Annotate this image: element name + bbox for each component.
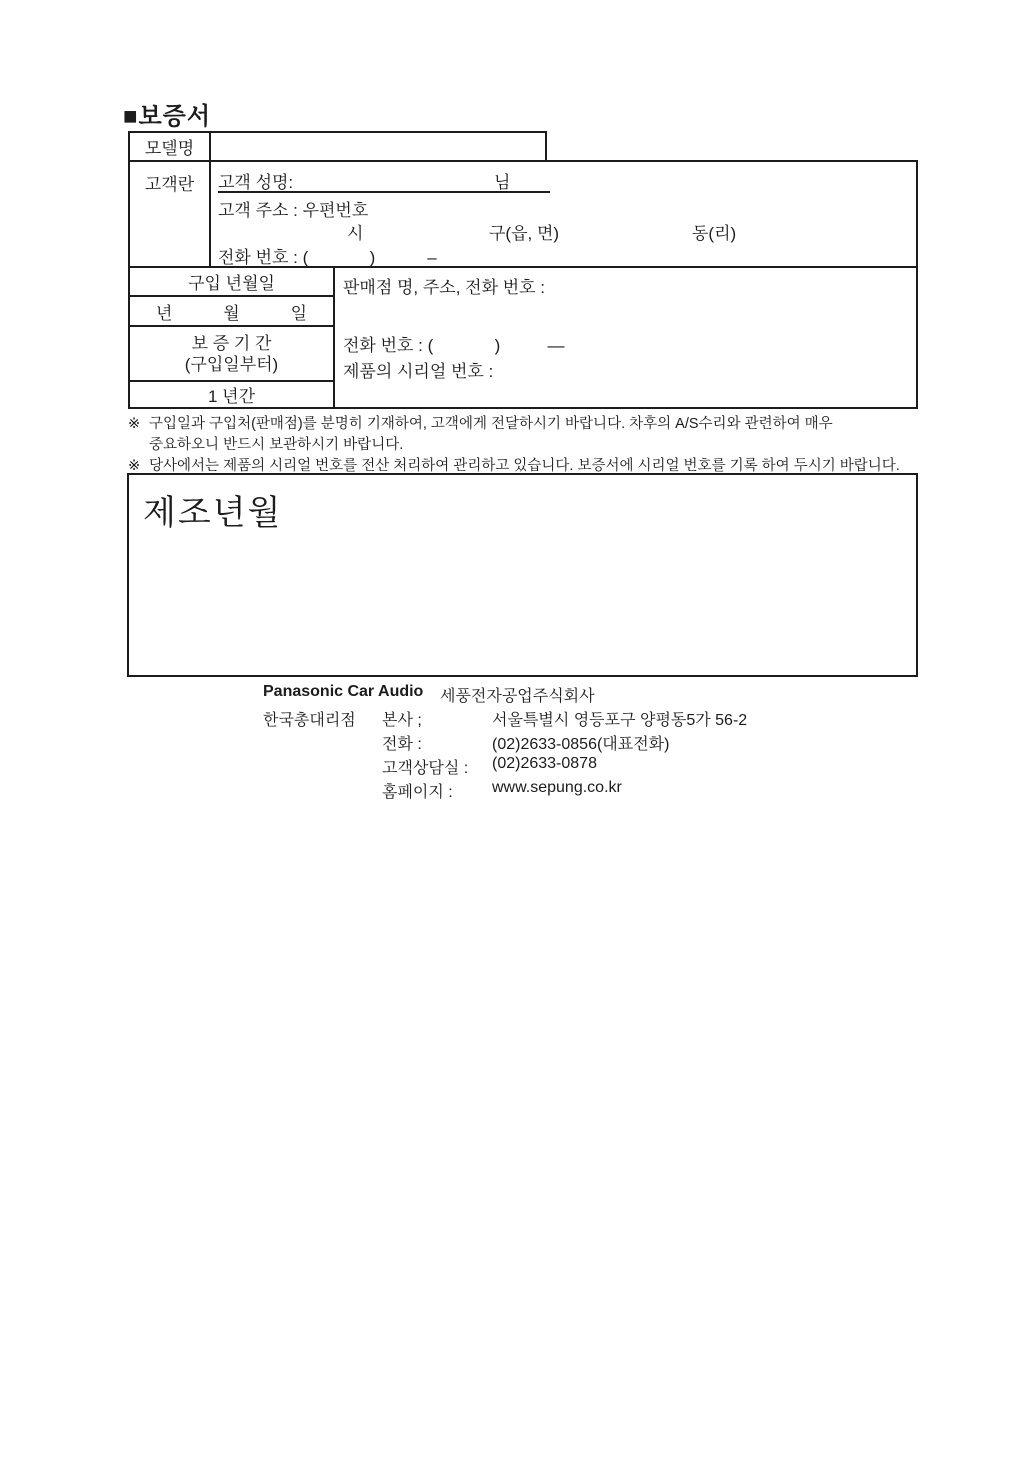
footer-row-label: 홈페이지 : [382,779,453,802]
customer-name-label: 고객 성명: [218,173,293,192]
dealer-phone-line: 전화 번호 : ( ) — [343,331,565,356]
footer-website-value: www.sepung.co.kr [492,779,622,797]
unit-month: 월 [223,299,239,324]
model-name-label: 모델명 [130,133,211,160]
purchase-date-header: 구입 년월일 [130,268,333,297]
model-name-row: 모델명 [128,131,547,162]
note-text-line2: 중요하오니 반드시 보관하시기 바랍니다. [128,435,928,456]
note-text-line1: 구입일과 구입처(판매점)를 분명히 기재하여, 고객에게 전달하시기 바랍니다… [128,414,928,435]
footer-row-label: 본사 ; [382,707,422,730]
manufacture-date-box: 제조년월 [127,473,918,677]
company-name: 세풍전자공업주식회사 [440,683,595,706]
dealer-info-cell: 판매점 명, 주소, 전화 번호 : 전화 번호 : ( ) — 제품의 시리얼… [337,268,916,407]
customer-row: 고객란 고객 성명: 님 고객 주소 : 우편번호 시 구(읍, 면) 동(리)… [128,160,918,268]
warranty-period-sublabel: (구입일부터) [185,354,278,375]
customer-section-label: 고객란 [130,162,211,266]
footer-row-value: (02)2633-0856(대표전화) [492,731,669,754]
customer-address-line: 고객 주소 : 우편번호 [218,196,368,221]
footer-brand-line: Panasonic Car Audio 세풍전자공업주식회사 [263,683,423,701]
customer-info-cell: 고객 성명: 님 고객 주소 : 우편번호 시 구(읍, 면) 동(리) 전화 … [213,162,916,266]
customer-name-suffix: 님 [494,168,510,193]
customer-phone-line: 전화 번호 : ( ) – [218,243,437,268]
footer-row-label: 고객상담실 : [382,755,468,778]
unit-day: 일 [291,299,307,324]
page-title: ■보증서 [123,96,211,131]
warranty-period-value: 1 년간 [130,382,333,407]
customer-address-units: 시 구(읍, 면) 동(리) [213,219,916,241]
footer-row-value: 서울특별시 영등포구 양평동5가 56-2 [492,707,747,730]
note-marker: ※ [128,414,140,435]
brand-name: Panasonic Car Audio [263,683,423,700]
footer-row-label: 전화 : [382,731,422,754]
note-purchase-record: ※ 구입일과 구입처(판매점)를 분명히 기재하여, 고객에게 전달하시기 바랍… [128,414,928,456]
purchase-date-units-row: 년 월 일 [130,297,333,327]
purchase-warranty-section: 구입 년월일 년 월 일 보 증 기 간 (구입일부터) 1 년간 판매점 명,… [128,266,918,409]
model-name-value-cell [213,133,545,160]
warranty-period-label: 보 증 기 간 [192,333,272,354]
distributor-label: 한국총대리점 [263,707,356,730]
dealer-store-line: 판매점 명, 주소, 전화 번호 : [343,273,545,298]
footer-row-value: (02)2633-0878 [492,755,597,773]
warranty-period-header: 보 증 기 간 (구입일부터) [130,327,333,382]
address-city-label: 시 [347,219,363,244]
address-dong-label: 동(리) [692,219,736,244]
unit-year: 년 [156,299,172,324]
customer-name-field: 고객 성명: 님 [218,168,550,193]
manufacture-date-label: 제조년월 [143,485,282,534]
address-district-label: 구(읍, 면) [489,219,559,244]
warranty-document-page: ■보증서 모델명 고객란 고객 성명: 님 고객 주소 : 우편번호 시 구(읍… [0,0,1032,1458]
purchase-warranty-column: 구입 년월일 년 월 일 보 증 기 간 (구입일부터) 1 년간 [130,268,335,407]
dealer-serial-line: 제품의 시리얼 번호 : [343,357,493,382]
